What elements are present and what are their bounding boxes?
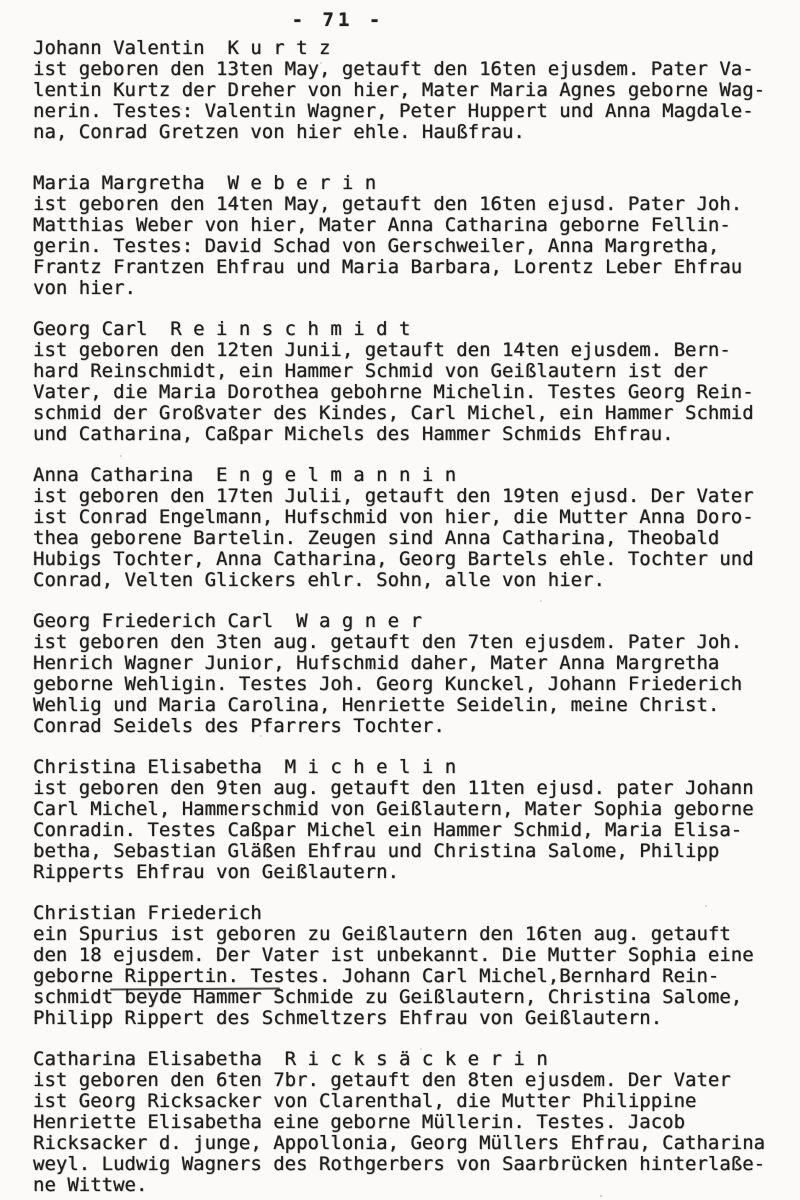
entry-body-text: ein Spurius ist geboren zu Geißlautern d…: [33, 924, 776, 1029]
scanned-register-page: - 71 - Johann Valentin K u r t z ist geb…: [0, 0, 800, 1200]
entry-name-heading: Anna Catharina E n g e l m a n n i n: [33, 465, 776, 486]
register-entry: Johann Valentin K u r t z ist geboren de…: [33, 38, 776, 143]
register-entry: Catharina Elisabetha R i c k s ä c k e r…: [33, 1049, 776, 1196]
register-entry: Georg Friederich Carl W a g n e r ist ge…: [33, 611, 776, 737]
register-entry: Georg Carl R e i n s c h m i d t ist geb…: [33, 319, 776, 445]
entry-body-text: ist geboren den 13ten May, getauft den 1…: [33, 59, 776, 143]
register-entry: Maria Margretha W e b e r i n ist gebore…: [33, 173, 776, 299]
entry-name-heading: Maria Margretha W e b e r i n: [33, 173, 776, 194]
register-entries: Johann Valentin K u r t z ist geboren de…: [33, 38, 776, 1196]
entry-name-heading: Catharina Elisabetha R i c k s ä c k e r…: [33, 1049, 776, 1070]
register-entry: Christian Friederich ein Spurius ist geb…: [33, 903, 776, 1029]
entry-name-heading: Georg Carl R e i n s c h m i d t: [33, 319, 776, 340]
entry-name-heading: Christina Elisabetha M i c h e l i n: [33, 757, 776, 778]
entry-name-heading: Christian Friederich: [33, 903, 776, 924]
entry-body-text: ist geboren den 3ten aug. getauft den 7t…: [33, 632, 776, 737]
entry-body-text: ist geboren den 9ten aug. getauft den 11…: [33, 778, 776, 883]
scan-noise-speckles: [0, 0, 2, 2]
entry-body-text: ist geboren den 17ten Julii, getauft den…: [33, 486, 776, 591]
register-entry: Anna Catharina E n g e l m a n n i n ist…: [33, 465, 776, 591]
entry-body-text: ist geboren den 12ten Junii, getauft den…: [33, 340, 776, 445]
entry-name-heading: Johann Valentin K u r t z: [33, 38, 776, 59]
register-entry: Christina Elisabetha M i c h e l i n ist…: [33, 757, 776, 883]
entry-body-text: ist geboren den 6ten 7br. getauft den 8t…: [33, 1070, 776, 1196]
entry-name-heading: Georg Friederich Carl W a g n e r: [33, 611, 776, 632]
page-number: - 71 -: [0, 10, 676, 31]
entry-body-text: ist geboren den 14ten May, getauft den 1…: [33, 194, 776, 299]
